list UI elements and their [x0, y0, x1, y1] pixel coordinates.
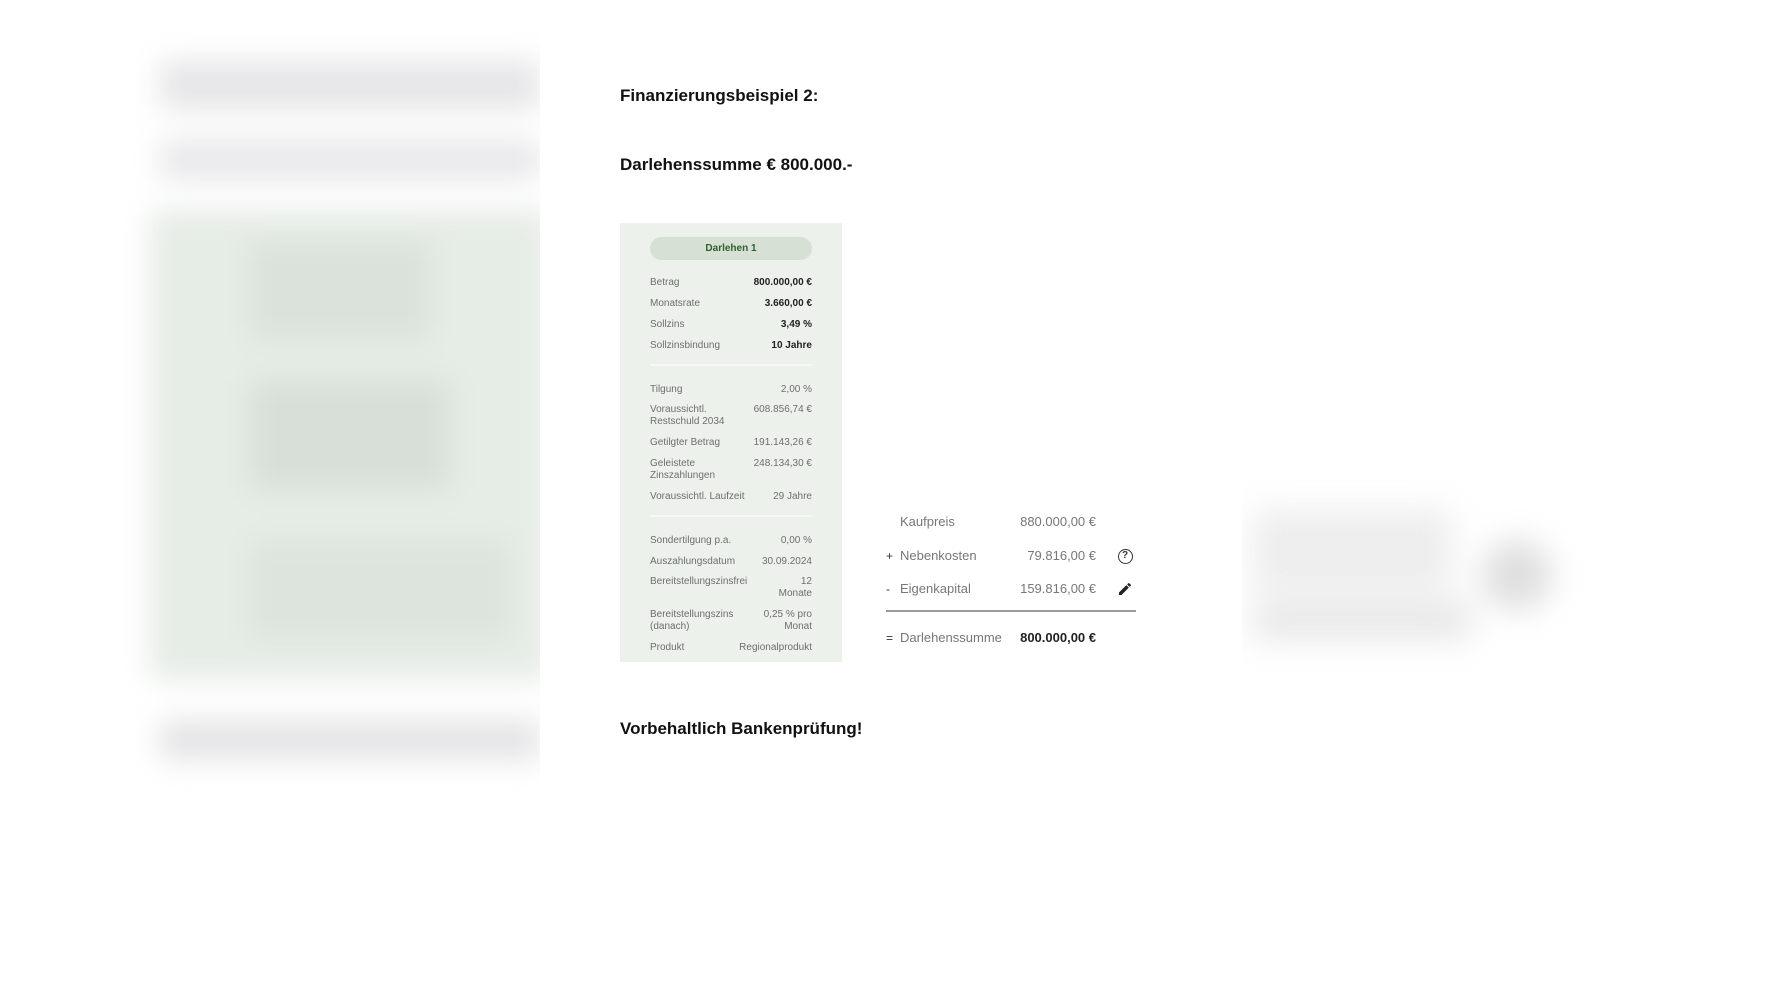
card-row-auszahlungsdatum: Auszahlungsdatum30.09.2024	[650, 556, 812, 568]
row-value: 191.143,26 €	[754, 437, 812, 449]
row-label: Sondertilgung p.a.	[650, 535, 731, 547]
disclaimer: Vorbehaltlich Bankenprüfung!	[620, 719, 862, 739]
row-value: 159.816,00 €	[1020, 579, 1096, 599]
card-row-restschuld: Voraussichtl. Restschuld 2034608.856,74 …	[650, 404, 812, 428]
blurred-background-left	[130, 40, 550, 780]
row-label: Getilgter Betrag	[650, 437, 720, 449]
row-label: Darlehenssumme	[900, 628, 1002, 648]
card-row-bereitstellungszinsfrei: Bereitstellungszinsfrei12 Monate	[650, 576, 812, 600]
row-value: 10 Jahre	[771, 340, 812, 352]
card-divider	[650, 515, 812, 517]
row-value: 2,00 %	[781, 384, 812, 396]
row-label: Auszahlungsdatum	[650, 556, 735, 568]
summary-row-eigenkapital: - Eigenkapital 159.816,00 €	[886, 579, 1136, 599]
row-label: Produkt	[650, 642, 684, 654]
card-row-laufzeit: Voraussichtl. Laufzeit29 Jahre	[650, 491, 812, 503]
card-row-sollzins: Sollzins3,49 %	[650, 319, 812, 331]
card-row-zinszahlungen: Geleistete Zinszahlungen248.134,30 €	[650, 458, 812, 482]
card-row-sondertilgung: Sondertilgung p.a.0,00 %	[650, 535, 812, 547]
row-value: Regionalprodukt	[739, 642, 812, 654]
loan-card-header: Darlehen 1	[650, 237, 812, 260]
row-value: 30.09.2024	[762, 556, 812, 568]
loan-card: Darlehen 1 Betrag800.000,00 € Monatsrate…	[620, 223, 842, 662]
row-value: 800.000,00 €	[754, 277, 812, 289]
row-value: 0,00 %	[781, 535, 812, 547]
card-row-getilgt: Getilgter Betrag191.143,26 €	[650, 437, 812, 449]
row-label: Eigenkapital	[900, 579, 971, 599]
card-row-betrag: Betrag800.000,00 €	[650, 277, 812, 289]
row-value: 12 Monate	[767, 576, 812, 600]
row-sign: -	[886, 579, 896, 599]
row-value: 79.816,00 €	[1027, 546, 1096, 566]
row-label: Betrag	[650, 277, 679, 289]
row-value: 248.134,30 €	[754, 458, 812, 482]
help-circle-icon: ?	[1118, 549, 1133, 564]
row-label: Geleistete Zinszahlungen	[650, 458, 745, 482]
summary-row-darlehenssumme: = Darlehenssumme 800.000,00 €	[886, 628, 1136, 648]
card-row-tilgung: Tilgung2,00 %	[650, 384, 812, 396]
card-row-monatsrate: Monatsrate3.660,00 €	[650, 298, 812, 310]
row-label: Sollzins	[650, 319, 684, 331]
summary-divider	[886, 610, 1136, 612]
row-label: Bereitstellungszinsfrei	[650, 576, 747, 600]
pencil-icon	[1117, 581, 1133, 597]
card-row-sollzinsbindung: Sollzinsbindung10 Jahre	[650, 340, 812, 352]
row-value: 3,49 %	[781, 319, 812, 331]
row-value: 800.000,00 €	[1020, 628, 1096, 648]
document-title: Finanzierungsbeispiel 2:	[620, 86, 818, 106]
row-value: 608.856,74 €	[754, 404, 812, 428]
row-label: Bereitstellungszins (danach)	[650, 609, 745, 633]
card-divider	[650, 364, 812, 366]
document-page: Finanzierungsbeispiel 2: Darlehenssumme …	[540, 0, 1242, 1000]
summary-row-kaufpreis: Kaufpreis 880.000,00 €	[886, 512, 1136, 532]
help-button[interactable]: ?	[1114, 546, 1136, 566]
row-value: 880.000,00 €	[1020, 512, 1096, 532]
row-sign: =	[886, 628, 896, 648]
blurred-background-right	[1242, 470, 1602, 690]
row-label: Monatsrate	[650, 298, 700, 310]
row-label: Voraussichtl. Restschuld 2034	[650, 404, 745, 428]
row-label: Tilgung	[650, 384, 682, 396]
edit-button[interactable]	[1114, 579, 1136, 599]
card-row-produkt: ProduktRegionalprodukt	[650, 642, 812, 654]
row-label: Sollzinsbindung	[650, 340, 720, 352]
row-value: 3.660,00 €	[765, 298, 812, 310]
row-label: Voraussichtl. Laufzeit	[650, 491, 745, 503]
card-row-bereitstellungszins: Bereitstellungszins (danach)0,25 % pro M…	[650, 609, 812, 633]
row-sign: +	[886, 546, 896, 566]
row-value: 0,25 % pro Monat	[752, 609, 812, 633]
row-label: Nebenkosten	[900, 546, 977, 566]
summary-row-nebenkosten: + Nebenkosten 79.816,00 € ?	[886, 546, 1136, 566]
loan-amount-heading: Darlehenssumme € 800.000.-	[620, 155, 852, 175]
row-label: Kaufpreis	[900, 512, 955, 532]
row-value: 29 Jahre	[773, 491, 812, 503]
